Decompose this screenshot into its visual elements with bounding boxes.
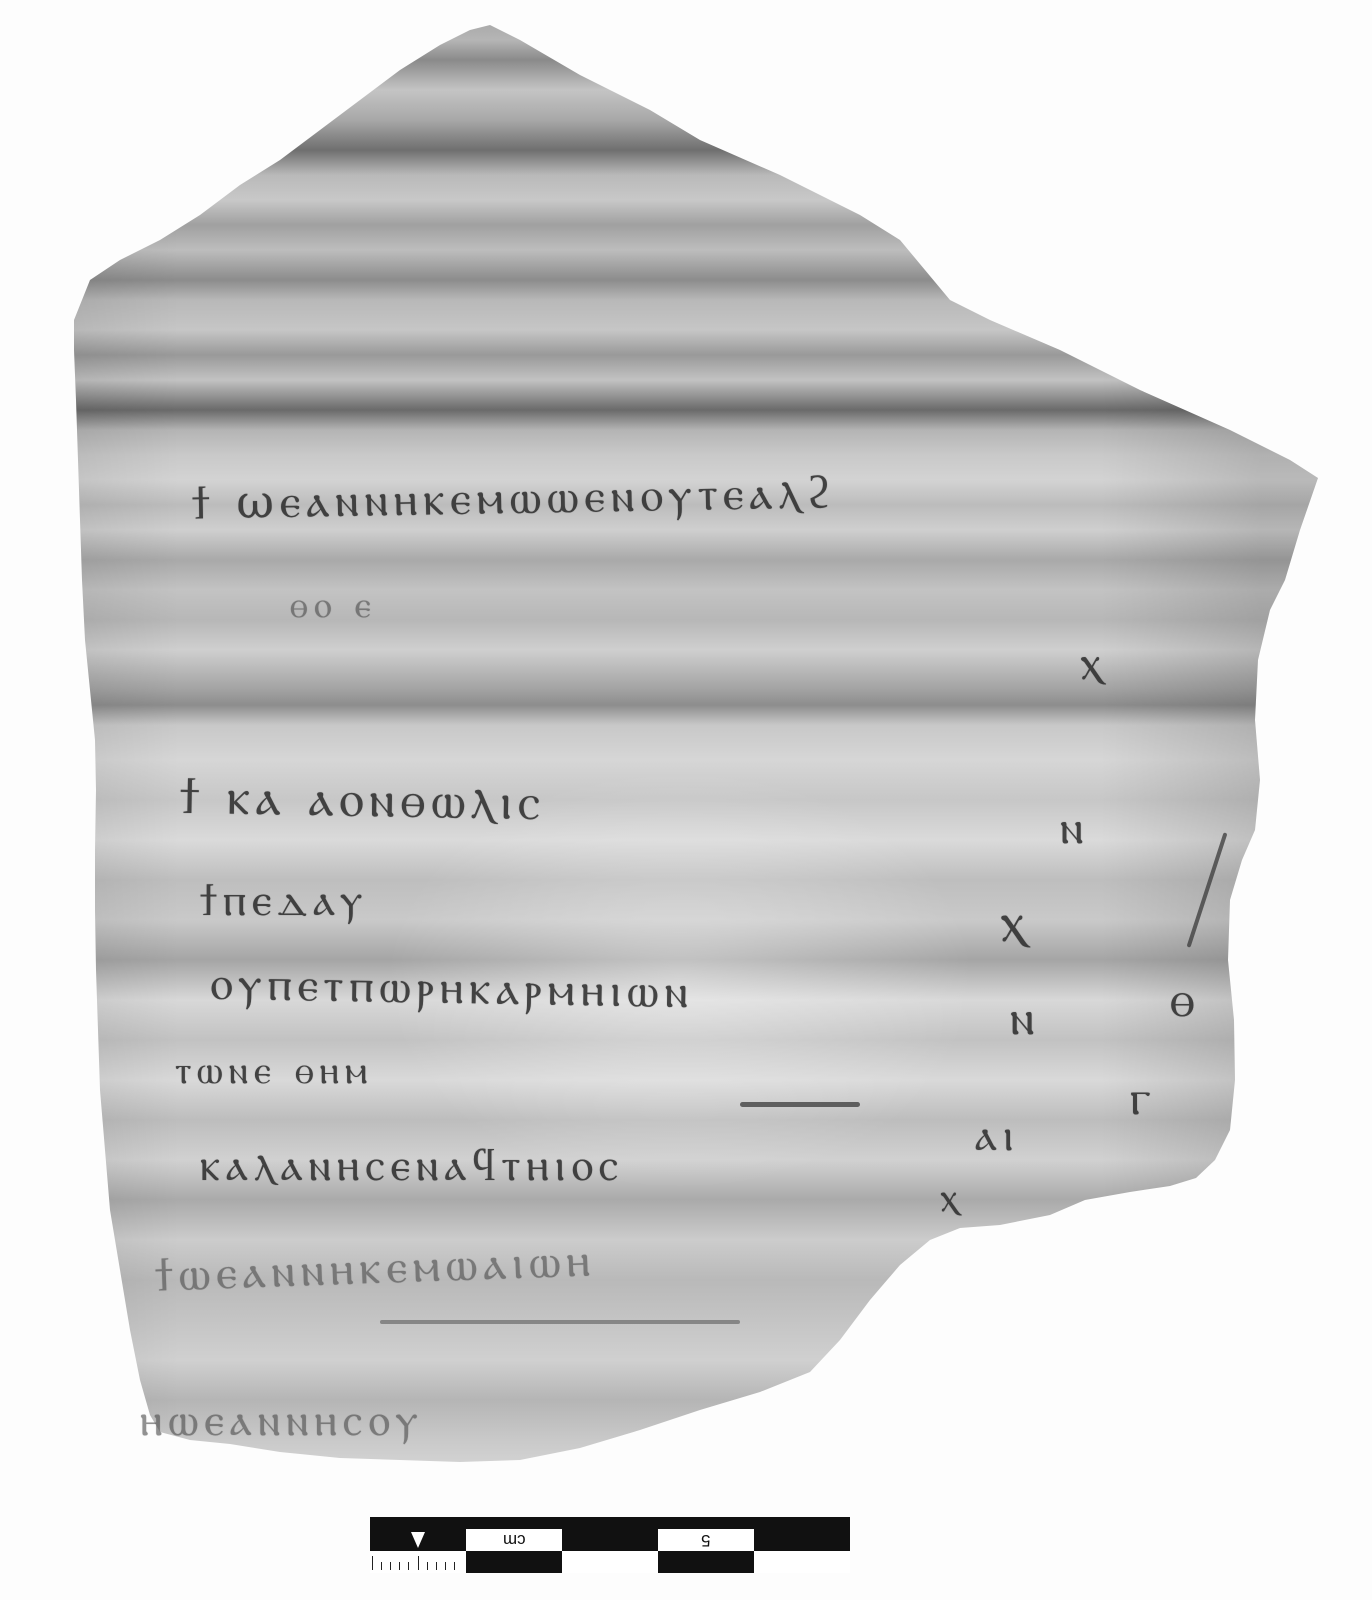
margin-letter: ⲛ bbox=[1010, 990, 1040, 1047]
inscription-line-6: ⲧⲱⲛⲉ ⲑⲏⲙ bbox=[175, 1048, 373, 1093]
scale-segment bbox=[658, 1551, 754, 1573]
photograph: ϯ ωⲉⲁⲛⲛⲏⲕⲉⲙⲱⲱⲉⲛⲟⲩⲧⲉⲁⲗϩ ⲑⲟ ⲉ ϯ ⲕⲁ ⲁⲟⲛⲑⲱⲗⲓ… bbox=[0, 0, 1372, 1600]
far-margin-letter: ⲅ bbox=[1130, 1070, 1157, 1127]
far-margin-letter: ⲑ bbox=[1170, 970, 1201, 1029]
north-arrow-icon bbox=[411, 1532, 425, 1548]
scale-segment bbox=[754, 1551, 850, 1573]
scale-segment bbox=[754, 1529, 850, 1551]
scale-bar: cm 5 bbox=[370, 1517, 850, 1577]
margin-letter: ⲛ bbox=[1060, 800, 1089, 856]
ink-stroke bbox=[740, 1102, 860, 1107]
scale-ticks bbox=[370, 1551, 466, 1573]
scale-segment bbox=[562, 1529, 658, 1551]
scale-segment bbox=[562, 1551, 658, 1573]
margin-letter: ⲭ bbox=[940, 1175, 964, 1221]
inscription-line-1: ϯ ωⲉⲁⲛⲛⲏⲕⲉⲙⲱⲱⲉⲛⲟⲩⲧⲉⲁⲗϩ bbox=[192, 464, 838, 531]
scale-segment-mark: 5 bbox=[658, 1529, 754, 1551]
scale-segment-unit: cm bbox=[466, 1529, 562, 1551]
inscription-line-4: ϯⲡⲉⲇⲁⲩ bbox=[200, 875, 368, 926]
margin-letter: ⲭ bbox=[1000, 890, 1032, 956]
scale-bar-upper-row: cm 5 bbox=[370, 1529, 850, 1551]
scale-bar-lower-row bbox=[370, 1551, 850, 1573]
scale-segment bbox=[370, 1529, 466, 1551]
inscription-line-9: ⲏⲱⲉⲁⲛⲛⲏⲥⲟⲩ bbox=[140, 1395, 424, 1446]
scale-segment bbox=[466, 1551, 562, 1573]
inscription-line-5: ⲟⲩⲡⲉⲧⲡⲱⲣⲏⲕⲁⲣⲙⲏⲓⲱⲛ bbox=[210, 956, 695, 1020]
inscription-line-7: ⲕⲁⲗⲁⲛⲏⲥⲉⲛⲁϥⲧⲏⲓⲟⲥ bbox=[200, 1140, 624, 1191]
margin-letter: ⲭ bbox=[1080, 635, 1108, 692]
margin-letter: ⲁⲓ bbox=[975, 1110, 1019, 1161]
inscription-line-3: ϯ ⲕⲁ ⲁⲟⲛⲑⲱⲗⲓⲥ bbox=[180, 767, 547, 832]
inscription-line-2: ⲑⲟ ⲉ bbox=[290, 585, 377, 627]
scale-bar-top bbox=[370, 1517, 850, 1529]
ink-stroke bbox=[380, 1320, 740, 1324]
